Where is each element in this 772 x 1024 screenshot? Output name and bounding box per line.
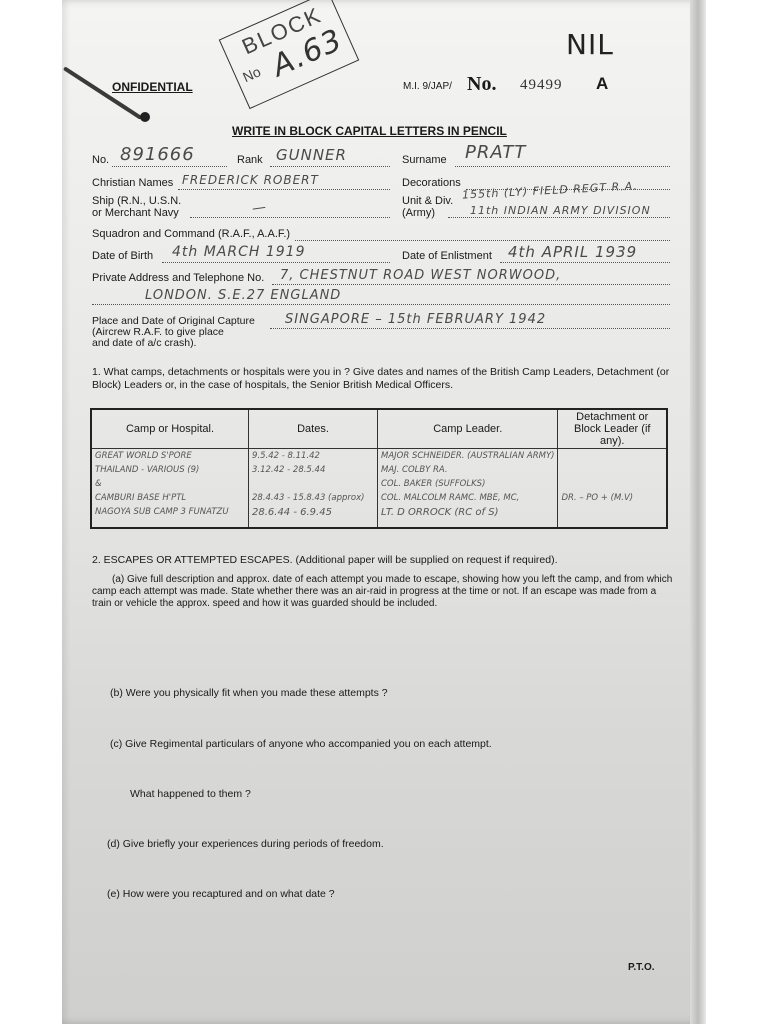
col-leader: Camp Leader. — [378, 409, 558, 449]
cell-camp: GREAT WORLD S'PORE — [91, 449, 249, 464]
section2-question-d: (d) Give briefly your experiences during… — [107, 838, 384, 850]
ship-label-line1: Ship (R.N., U.S.N. — [92, 195, 181, 207]
rank-line — [270, 166, 390, 167]
col-dates: Dates. — [249, 409, 378, 449]
enlistment-label: Date of Enlistment — [402, 250, 492, 262]
table-row: THAILAND - VARIOUS (9) 3.12.42 - 28.5.44… — [91, 463, 667, 477]
serial-suffix: A — [596, 74, 608, 94]
decorations-label: Decorations — [402, 177, 461, 189]
enlistment-line — [500, 262, 670, 263]
cell-detachment — [558, 505, 667, 528]
cell-dates: 9.5.42 - 8.11.42 — [249, 449, 378, 464]
section2-question-e: (e) How were you recaptured and on what … — [107, 888, 335, 900]
section2-question-c: (c) Give Regimental particulars of anyon… — [110, 738, 492, 750]
cell-dates: 3.12.42 - 28.5.44 — [249, 463, 378, 477]
address-value-line2: LONDON. S.E.27 ENGLAND — [145, 288, 341, 303]
ship-label-line2: or Merchant Navy — [92, 207, 181, 219]
pto-label: P.T.O. — [628, 962, 655, 973]
ship-label: Ship (R.N., U.S.N. or Merchant Navy — [92, 195, 181, 219]
cell-detachment: DR. – PO + (M.V) — [558, 491, 667, 505]
col-detachment: Detachment or Block Leader (if any). — [558, 409, 667, 449]
stamp-no-text: No — [240, 63, 263, 85]
capture-line — [270, 328, 670, 329]
cell-camp: THAILAND - VARIOUS (9) — [91, 463, 249, 477]
dob-line — [162, 262, 390, 263]
section2-question-a: (a) Give full description and approx. da… — [92, 574, 676, 610]
dob-value: 4th MARCH 1919 — [172, 244, 306, 260]
surname-label: Surname — [402, 154, 447, 166]
rank-label: Rank — [237, 154, 263, 166]
capture-label-line3: and date of a/c crash). — [92, 338, 255, 349]
number-line — [112, 166, 227, 167]
table-row: GREAT WORLD S'PORE 9.5.42 - 8.11.42 MAJO… — [91, 449, 667, 464]
cell-camp: & — [91, 477, 249, 491]
cell-dates: 28.4.43 - 15.8.43 (approx) — [249, 491, 378, 505]
classification-label: ONFIDENTIAL — [112, 80, 193, 94]
form-reference: M.I. 9/JAP/ — [403, 81, 452, 92]
christian-names-label: Christian Names — [92, 177, 173, 189]
ship-line — [190, 217, 390, 218]
section1-question: 1. What camps, detachments or hospitals … — [92, 366, 672, 392]
christian-names-line — [178, 189, 390, 190]
col-camp: Camp or Hospital. — [91, 409, 249, 449]
unit-label-line1: Unit & Div. — [402, 195, 453, 207]
cell-dates — [249, 477, 378, 491]
cell-detachment — [558, 477, 667, 491]
cell-leader: COL. BAKER (SUFFOLKS) — [378, 477, 558, 491]
capture-value: SINGAPORE – 15th FEBRUARY 1942 — [285, 312, 546, 327]
section2-question-c-followup: What happened to them ? — [130, 788, 251, 800]
nil-annotation: NIL — [566, 28, 614, 61]
number-label: No. — [92, 154, 109, 166]
unit-label: Unit & Div. (Army) — [402, 195, 453, 219]
camps-table: Camp or Hospital. Dates. Camp Leader. De… — [90, 408, 668, 529]
cell-leader: LT. D ORROCK (RC of S) — [378, 505, 558, 528]
number-symbol: No. — [467, 73, 496, 96]
cell-dates: 28.6.44 - 6.9.45 — [249, 505, 378, 528]
table-row: CAMBURI BASE H'PTL 28.4.43 - 15.8.43 (ap… — [91, 491, 667, 505]
surname-value: PRATT — [465, 142, 526, 163]
cell-detachment — [558, 463, 667, 477]
cell-leader: MAJ. COLBY RA. — [378, 463, 558, 477]
tie-knot — [140, 112, 150, 122]
address-label: Private Address and Telephone No. — [92, 272, 264, 284]
address-line1 — [272, 284, 670, 285]
address-value-line1: 7, CHESTNUT ROAD WEST NORWOOD, — [280, 268, 561, 283]
table-row: NAGOYA SUB CAMP 3 FUNATZU 28.6.44 - 6.9.… — [91, 505, 667, 528]
dob-label: Date of Birth — [92, 250, 153, 262]
section2-heading: 2. ESCAPES OR ATTEMPTED ESCAPES. (Additi… — [92, 554, 558, 566]
squadron-label: Squadron and Command (R.A.F., A.A.F.) — [92, 228, 290, 240]
section2-question-b: (b) Were you physically fit when you mad… — [110, 687, 388, 699]
cell-leader: COL. MALCOLM RAMC. MBE, MC, — [378, 491, 558, 505]
surname-line — [455, 166, 670, 167]
table-row: & COL. BAKER (SUFFOLKS) — [91, 477, 667, 491]
capture-label: Place and Date of Original Capture (Airc… — [92, 316, 255, 349]
christian-names-value: FREDERICK ROBERT — [182, 173, 319, 187]
unit-line — [448, 217, 670, 218]
ship-value: — — [251, 199, 268, 217]
serial-number: 49499 — [520, 77, 563, 94]
instruction-heading: WRITE IN BLOCK CAPITAL LETTERS IN PENCIL — [232, 124, 507, 138]
rank-value: GUNNER — [276, 146, 347, 164]
number-value: 891666 — [120, 144, 195, 165]
cell-detachment — [558, 449, 667, 464]
sheet-edge — [690, 0, 706, 1024]
unit-label-line2: (Army) — [402, 207, 453, 219]
cell-leader: MAJOR SCHNEIDER. (AUSTRALIAN ARMY) — [378, 449, 558, 464]
enlistment-value: 4th APRIL 1939 — [508, 243, 637, 261]
address-line2 — [92, 304, 670, 305]
squadron-line — [295, 240, 670, 241]
unit-value-line2: 11th INDIAN ARMY DIVISION — [470, 204, 651, 217]
cell-camp: NAGOYA SUB CAMP 3 FUNATZU — [91, 505, 249, 528]
cell-camp: CAMBURI BASE H'PTL — [91, 491, 249, 505]
